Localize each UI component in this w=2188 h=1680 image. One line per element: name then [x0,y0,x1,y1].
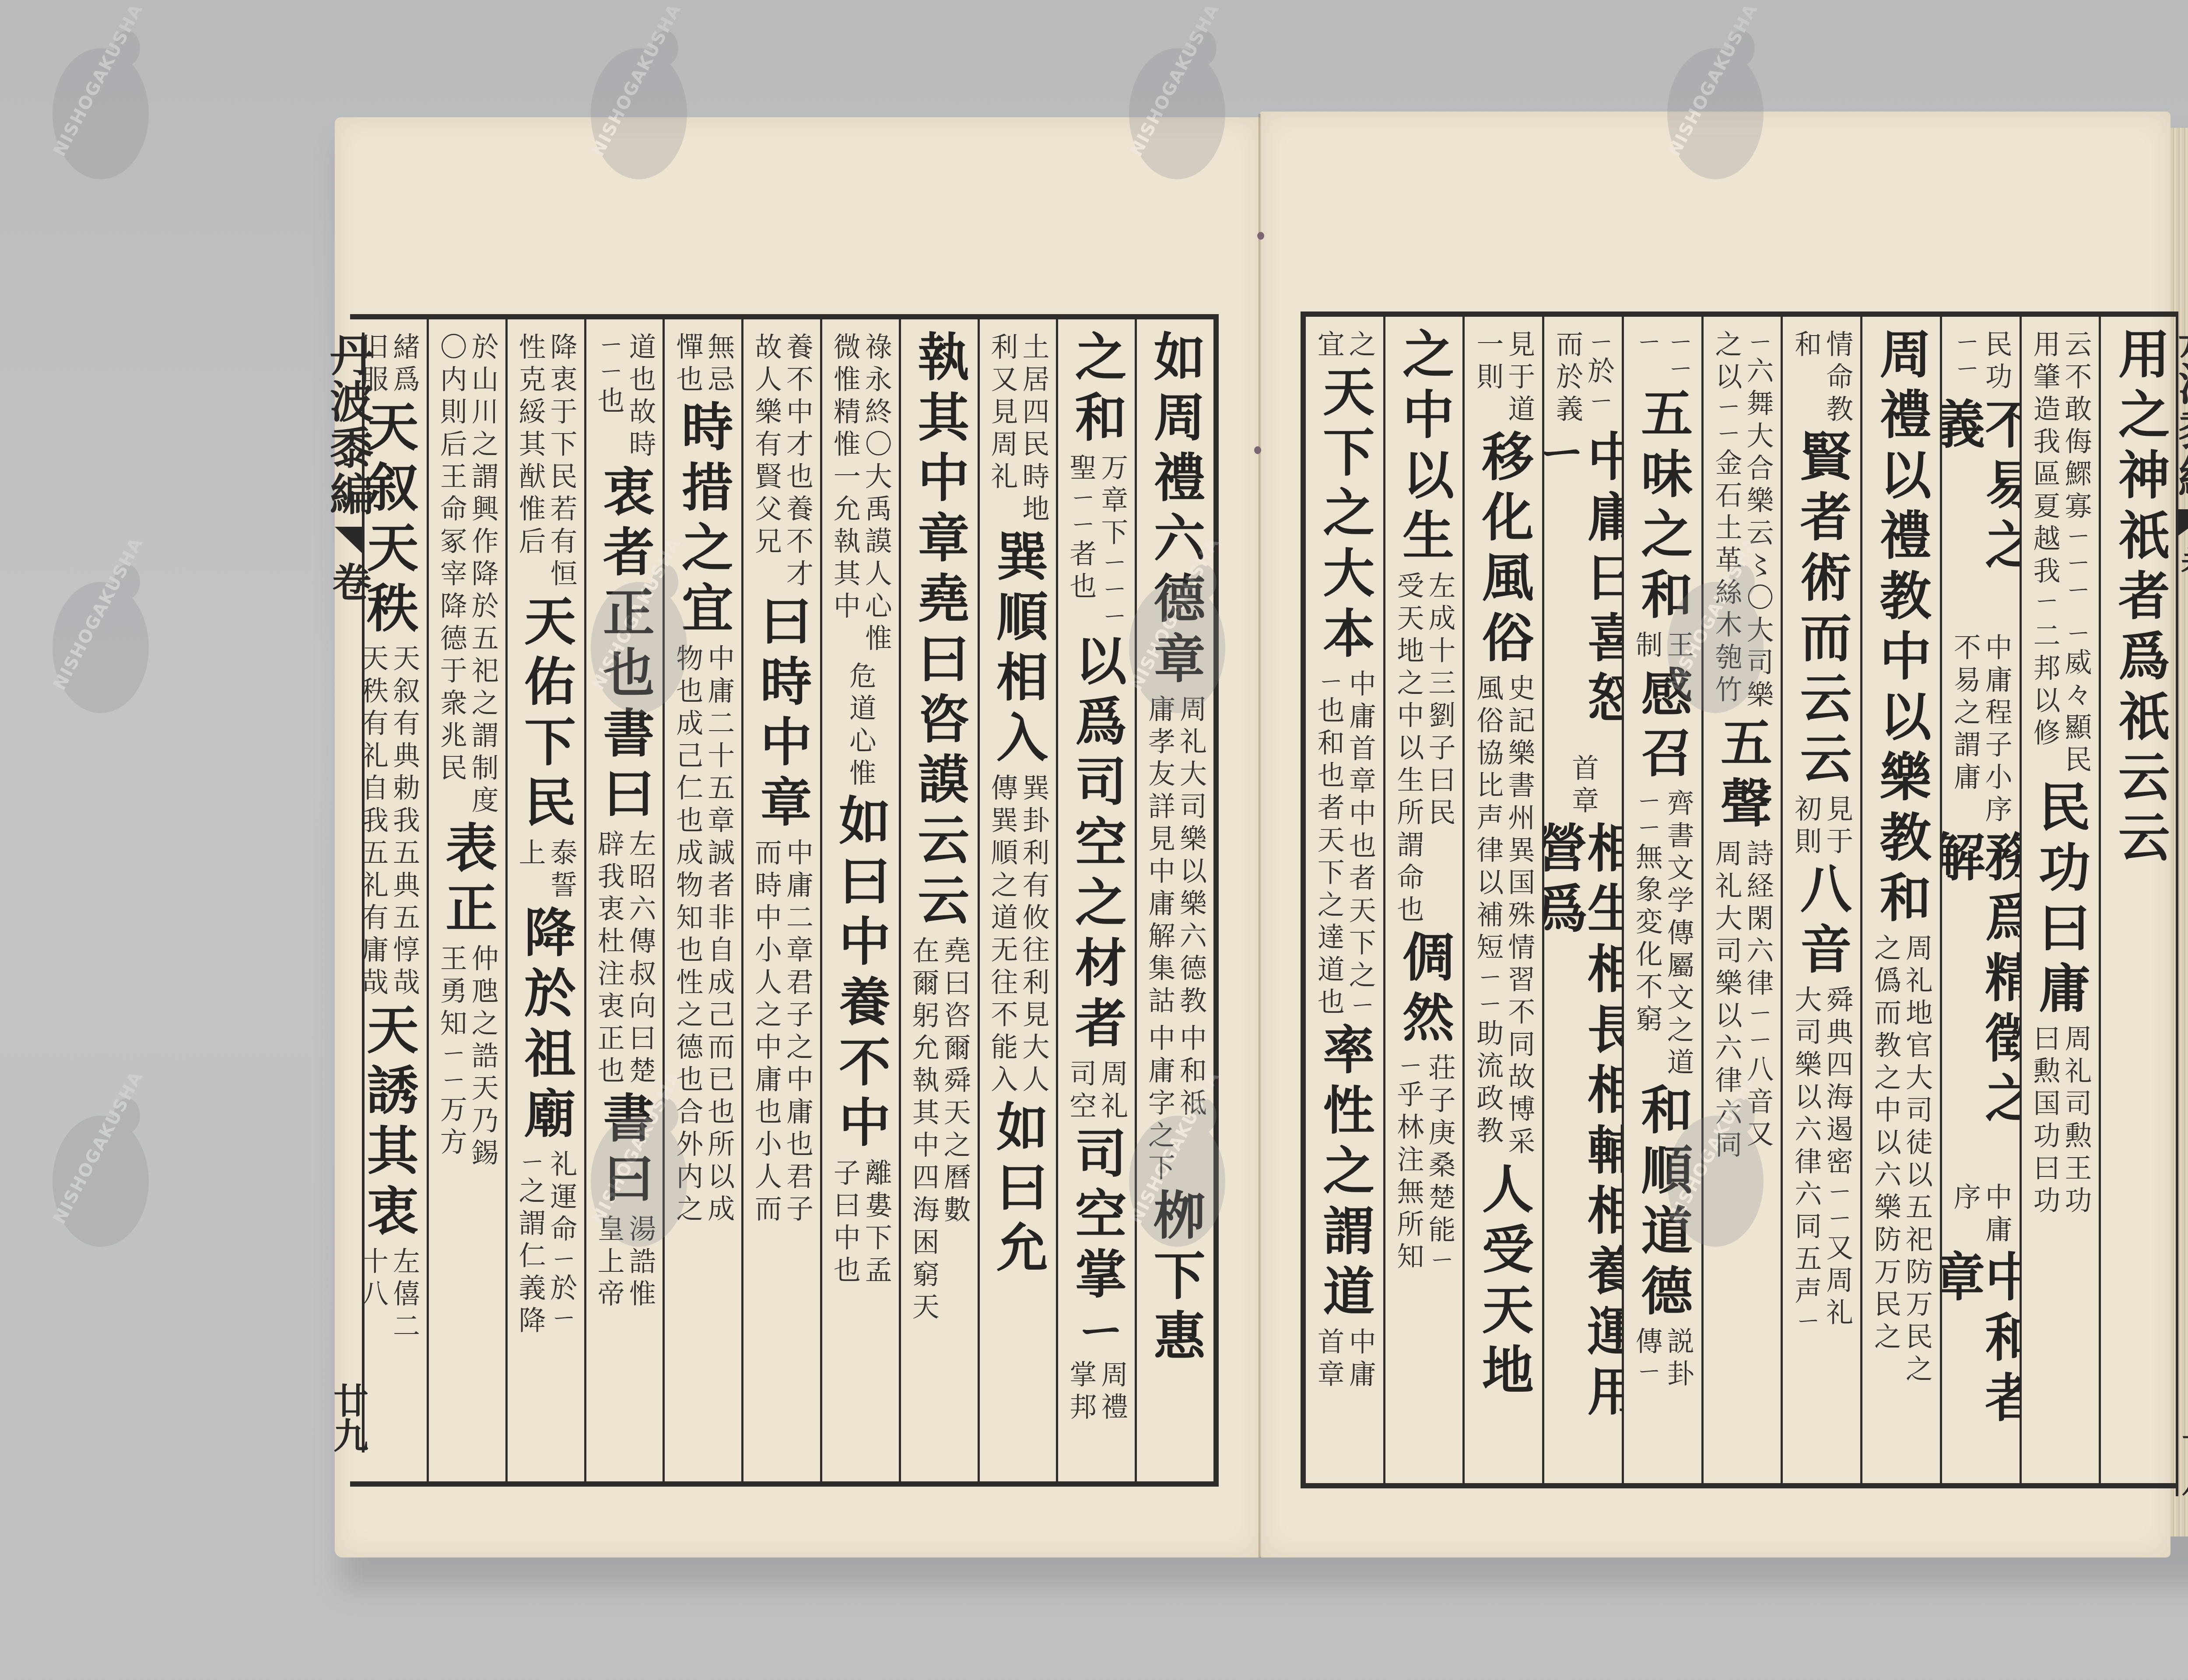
annotation-line: 旧服 [359,332,386,397]
annotation-line: 齊書文学傳屬文之道 [1665,789,1692,1080]
main-text: 天叙天秩 [362,400,414,641]
annotation-double-line: 堯曰咨爾舜天之曆數在爾躬允執其中四海困窮天 [910,936,968,1325]
watermark-logo-icon: NISHOGAKUSHA [26,551,162,726]
text-column: 土居四民時地利又見周礼巽順相入巽卦利有攸往利見大人傳巽順之道无往不能入如曰允 [978,319,1056,1481]
annotation-line: 天秩有礼自我五礼有庸哉 [359,644,386,1000]
annotation-double-line: 中庸首章中也者天下之ㄧㄧ也和也者天下之達道也 [1315,669,1374,1020]
annotation-line: 辟我衷杜注衷正也 [595,829,622,1088]
annotation-double-line: 中庸二章君子之中庸也君子而時中小人之中庸也小人而 [753,838,811,1227]
annotation-line: 受天地之中以生所謂命也 [1395,571,1422,927]
annotation-double-line: 舜典四海遏密ㄧㄧ又周礼大司樂以六律六同五声ㄧ [1792,985,1851,1336]
annotation-line: 周礼大司樂以樂六德教 [1178,695,1205,1018]
main-text: 不易之義 [1940,397,2020,630]
annotation-line: 情命教 [1824,330,1851,427]
main-text: 率性之謂道 [1318,1023,1370,1325]
annotation-line: 聖ㄧㄧ者也 [1067,453,1094,631]
annotation-double-line: 云不敢侮鰥寡ㄧㄧㄧ用肇造我區夏越我ㄧ [2031,330,2090,616]
annotation-line: ㄧㄧ [1665,330,1692,384]
text-column: 云不敢侮鰥寡ㄧㄧㄧ用肇造我區夏越我ㄧㄧ威々顯民二邦以修民功曰庸周礼司勲王功曰勲国… [2020,317,2099,1483]
main-text: 倜然 [1398,930,1450,1051]
annotation-line: 中庸首章中也者天下之ㄧ [1346,669,1374,1020]
text-column: ㄧㄧㄧ五味之和王制感召齊書文学傳屬文之道ㄧㄧ無象変化不窮和順道德説卦傳ㄧ [1622,317,1701,1483]
main-text: 中庸曰喜怒ㄧ [1542,430,1622,751]
annotation-line: 上 [516,838,543,903]
annotation-line: 十八 [359,1247,386,1344]
binding-thread-hole [1257,232,1264,240]
annotation-line: 左昭六傳叔向曰楚 [627,829,654,1088]
annotation-line: 而於義 [1553,330,1581,427]
annotation-double-line: 於山川之謂興作降於五祀之謂制度〇内則后王命冢宰降德于衆兆民 [438,332,496,818]
annotation-double-line: 左成十三劉子曰民受天地之中以生所謂命也 [1395,571,1453,927]
main-text: 周禮以禮教中以樂教和 [1875,327,1927,931]
annotation-line: 而時中小人之中庸也小人而 [753,838,780,1227]
text-column: 見于道一則移化風俗史記樂書州異国殊情習不同故博采風俗協比声律以補短ㄧㄧ助流政教人… [1462,317,1542,1483]
text-column: 祿永終〇大禹謨人心惟微惟精惟一允執其中危道心惟如曰中養不中離婁下孟子曰中也 [820,319,899,1481]
annotation-double-line: 離婁下孟子曰中也 [831,1158,890,1288]
annotation-line: 養不中才也養不才 [784,332,811,591]
annotation-double-line: 祿永終〇大禹謨人心惟微惟精惟一允執其中 [831,332,890,656]
main-text: 民功曰庸 [2034,780,2086,1022]
annotation-line: 土居四民時地 [1020,332,1047,527]
annotation-double-line: ㄧ威々顯民二邦以修 [2031,621,2090,778]
annotation-double-line: 仲虺之誥天乃錫王勇知ㄧㄧ万方 [438,944,496,1171]
main-text: 人受天地 [1478,1162,1529,1403]
annotation-double-line: 民功ㄧㄧ [1951,330,2010,395]
annotation-line: 於山川之謂興作降於五祀之謂制度 [469,332,496,818]
text-column: 於山川之謂興作降於五祀之謂制度〇内則后王命冢宰降德于衆兆民表正仲虺之誥天乃錫王勇… [427,319,505,1481]
annotation-line: 曰勲国功曰功 [2031,1024,2058,1218]
main-text: 表正 [441,821,493,941]
annotation-line: 史記樂書州異国殊情習不同故博采 [1506,674,1533,1159]
watermark-logo-icon: NISHOGAKUSHA [565,551,700,726]
text-column: 之宜天下之大本中庸首章中也者天下之ㄧㄧ也和也者天下之達道也率性之謂道中庸首章 [1306,317,1383,1483]
annotation-double-line: 道也故時ㄧㄧ也 [595,332,654,462]
annotation-line: ㄧ之謂仁義降 [516,1150,543,1339]
text-column: 執其中章堯曰咨謨云云堯曰咨爾舜天之曆數在爾躬允執其中四海困窮天 [899,319,978,1481]
text-column: ㄧ於ㄧ而於義中庸曰喜怒ㄧ首章相生相長相輔相養運用營爲 [1542,317,1622,1483]
annotation-line: 無忌 [705,332,733,397]
annotation-double-line: 緒爲旧服 [359,332,417,397]
annotation-line: 〇内則后王命冢宰降德于衆兆民 [438,332,465,818]
annotation-line: 性克綏其猷惟后 [516,332,543,591]
fish-tail-mark-icon [2178,509,2188,535]
annotation-line: 微惟精惟一允執其中 [831,332,858,656]
annotation-line: 庸孝友詳見中庸解集詁 [1146,695,1173,1018]
annotation-double-line: 説卦傳ㄧ [1633,1327,1692,1392]
annotation-line: 首章 [1569,754,1596,819]
annotation-line: 巽卦利有攸往利見大人 [1020,773,1047,1097]
annotation-line: 初則 [1792,794,1820,859]
annotation-line: 仲虺之誥天乃錫 [469,944,496,1171]
annotation-line: 用肇造我區夏越我ㄧ [2031,330,2058,616]
annotation-line: 不易之謂庸 [1951,633,1978,827]
annotation-double-line: 周禮掌邦 [1067,1360,1126,1425]
main-text: 執其中章 [913,330,965,571]
main-text: 曰時中章 [756,594,808,836]
main-text: 移化風俗 [1478,430,1529,671]
annotation-line: 傳巽順之道无往不能入 [989,773,1016,1097]
text-column: 情命教和賢者術而云云見于初則八音舜典四海遏密ㄧㄧ又周礼大司樂以六律六同五声ㄧ [1781,317,1860,1483]
main-text: 降於祖廟 [520,906,572,1147]
annotation-line: 大司樂以六律六同五声ㄧ [1792,985,1820,1336]
text-column: 緒爲旧服天叙天秩天叙有典勅我五典五惇哉天秩有礼自我五礼有庸哉天誘其衷左僖二十八 [350,319,427,1481]
annotation-double-line: 見于道一則 [1474,330,1533,427]
annotation-line: 泰誓 [548,838,575,903]
annotation-line: 見于 [1824,794,1851,859]
watermark-logo-icon: NISHOGAKUSHA [26,17,162,192]
annotation-double-line: 左昭六傳叔向曰楚辟我衷杜注衷正也 [595,829,654,1088]
text-column: 如周禮六德章周礼大司樂以樂六德教庸孝友詳見中庸解集詁中和祗中庸字之下栁下惠 [1135,319,1213,1481]
watermark-logo-icon: NISHOGAKUSHA [1103,17,1238,192]
annotation-line: 舜典四海遏密ㄧㄧ又周礼 [1824,985,1851,1336]
binding-thread-hole [1254,446,1261,454]
watermark-logo-icon: NISHOGAKUSHA [2179,17,2188,192]
annotation-double-line: 中庸程子小序不易之謂庸 [1951,633,2010,827]
annotation-double-line: 無忌憚也 [674,332,733,397]
annotation-line: 緒爲 [390,332,417,397]
annotation-line: 宜 [1315,330,1342,362]
main-text: 天佑下民 [520,594,572,836]
main-text: 天誘其衷 [362,1003,414,1244]
annotation-line: 離婁下孟 [863,1158,890,1288]
watermark-logo-icon: NISHOGAKUSHA [1103,551,1238,726]
main-text: 八音 [1796,862,1848,983]
annotation-line: 首章 [1315,1327,1342,1392]
watermark-logo-icon: NISHOGAKUSHA [565,17,700,192]
main-text: 如曰允 [992,1100,1044,1281]
watermark-logo-icon: NISHOGAKUSHA [1641,1085,1777,1260]
text-column: 養不中才也養不才故人樂有賢父兄曰時中章中庸二章君子之中庸也君子而時中小人之中庸也… [741,319,820,1481]
annotation-double-line: ㄧ於ㄧ而於義 [1553,330,1612,427]
annotation-double-line: 周礼大司樂以樂六德教庸孝友詳見中庸解集詁 [1146,695,1205,1018]
annotation-line: ㄧㄧ [1951,330,1978,395]
text-column: 之中以生左成十三劉子曰民受天地之中以生所謂命也倜然荘子庚桑楚能ㄧㄧ乎林注無所知 [1383,317,1463,1483]
annotation-line: 周礼司勲王功 [2062,1024,2090,1218]
annotation-line: 云不敢侮鰥寡ㄧㄧㄧ [2062,330,2090,616]
main-text: 賢者術而云云 [1796,430,1848,792]
text-column: 周禮以禮教中以樂教和周礼地官大司徒以五祀防万民之之僞而教之中以六樂防万民之 [1860,317,1940,1483]
annotation-double-line: 之宜 [1315,330,1374,362]
main-text: 天下之大本 [1318,365,1370,667]
annotation-line: 和 [1792,330,1820,427]
left-page-text-frame: 如周禮六德章周礼大司樂以樂六德教庸孝友詳見中庸解集詁中和祗中庸字之下栁下惠之和万… [350,314,1219,1487]
annotation-double-line: 危道心惟 [847,661,874,791]
main-text: 如曰中養不中 [835,794,886,1156]
annotation-line: ㄧㄧ也 [595,332,622,462]
annotation-line: 道也故時 [627,332,654,462]
text-column: 之和万章下ㄧㄧㄧ聖ㄧㄧ者也以爲司空之材者周礼司空司空掌ㄧ周禮掌邦 [1056,319,1135,1481]
annotation-line: ㄧ [1633,330,1660,384]
annotation-line: 見于道 [1506,330,1533,427]
annotation-line: 在爾躬允執其中四海困窮天 [910,936,937,1325]
annotation-line: 司空 [1067,1059,1094,1124]
annotation-line: ㄧ也和也者天下之達道也 [1315,669,1342,1020]
watermark-logo-icon: NISHOGAKUSHA [565,1085,700,1260]
annotation-double-line: 情命教和 [1792,330,1851,427]
annotation-line: 子曰中也 [831,1158,858,1288]
annotation-line: 祿永終〇大禹謨人心惟 [863,332,890,656]
annotation-line: ㄧ於ㄧ [1585,330,1612,427]
annotation-line: 堯曰咨爾舜天之曆數 [941,936,968,1325]
annotation-line: ㄧ威々顯民 [2062,621,2090,778]
annotation-double-line: 養不中才也養不才故人樂有賢父兄 [753,332,811,591]
main-text: 堯曰咨謨云云 [913,571,965,934]
annotation-line: 左僖二 [390,1247,417,1344]
main-text: 五聲 [1716,716,1768,836]
annotation-line: 左成十三劉子曰民 [1426,571,1453,927]
annotation-double-line: 史記樂書州異国殊情習不同故博采風俗協比声律以補短ㄧㄧ助流政教 [1474,674,1533,1159]
main-text: 中和者章 [1940,1250,2020,1483]
annotation-line: 説卦 [1665,1327,1692,1392]
text-column: 道也故時ㄧㄧ也衷者正也書曰左昭六傳叔向曰楚辟我衷杜注衷正也書曰湯誥惟皇上帝 [584,319,663,1481]
annotation-line: 二邦以修 [2031,621,2058,778]
annotation-line: 序 [1951,1183,1978,1247]
annotation-double-line: 左僖二十八 [359,1247,417,1344]
main-text: 務爲精徵之解 [1940,830,2020,1180]
annotation-line: 中庸 [1983,1183,2010,1247]
main-text: 用之神祇者爲祇云云 [2114,327,2166,871]
annotation-line: 利又見周礼 [989,332,1016,527]
main-text: 之中以生 [1398,327,1450,569]
annotation-double-line: 天叙有典勅我五典五惇哉天秩有礼自我五礼有庸哉 [359,644,417,1000]
annotation-line: 天叙有典勅我五典五惇哉 [390,644,417,1000]
annotation-line: 之僞而教之中以六樂防万民之 [1872,934,1899,1387]
annotation-line: 故人樂有賢父兄 [753,332,780,591]
annotation-line: 之 [1346,330,1374,362]
main-text: 巽順相入 [992,529,1044,771]
annotation-double-line: 中庸序 [1951,1183,2010,1247]
annotation-line: 掌邦 [1067,1360,1094,1425]
annotation-double-line: 首章 [1569,754,1596,819]
watermark-logo-icon: NISHOGAKUSHA [1641,551,1777,726]
book-gutter [1259,114,1261,1557]
text-column: 無忌憚也時措之宜中庸二十五章誠者非自成己而已也所以成物也成己仁也成物知也性之德也… [663,319,741,1481]
annotation-line: 中庸 [1346,1327,1374,1392]
annotation-line: 王勇知ㄧㄧ万方 [438,944,465,1171]
watermark-logo-icon: NISHOGAKUSHA [2179,551,2188,726]
watermark-logo-icon: NISHOGAKUSHA [2179,1085,2188,1260]
watermark-logo-icon: NISHOGAKUSHA [1103,1085,1238,1260]
annotation-line: 周礼地官大司徒以五祀防万民之 [1903,934,1930,1387]
annotation-line: 中庸二章君子之中庸也君子 [784,838,811,1227]
annotation-double-line: 齊書文学傳屬文之道ㄧㄧ無象変化不窮 [1633,789,1692,1080]
annotation-line: 荘子庚桑楚能ㄧ [1426,1053,1453,1275]
watermark-logo-icon: NISHOGAKUSHA [1641,17,1777,192]
text-column: 民功ㄧㄧ不易之義中庸程子小序不易之謂庸務爲精徵之解中庸序中和者章 [1940,317,2020,1483]
annotation-double-line: 周礼地官大司徒以五祀防万民之之僞而教之中以六樂防万民之 [1872,934,1930,1387]
annotation-line: 一則 [1474,330,1501,427]
text-column: 用之神祇者爲祇云云 [2099,317,2178,1483]
annotation-double-line: 見于初則 [1792,794,1851,859]
watermark-logo-icon: NISHOGAKUSHA [26,1085,162,1260]
main-text: 之和 [1071,330,1122,451]
annotation-line: 中庸二十五章誠者非自成己而已也所以成 [705,644,733,1227]
annotation-double-line: 泰誓上 [516,838,575,903]
annotation-double-line: 土居四民時地利又見周礼 [989,332,1047,527]
annotation-double-line: 中庸首章 [1315,1327,1374,1392]
annotation-line: 周禮 [1099,1360,1126,1425]
annotation-line: 傳ㄧ [1633,1327,1660,1392]
annotation-line: 民功 [1983,330,2010,395]
annotation-double-line: 周礼司勲王功曰勲国功曰功 [2031,1024,2090,1218]
annotation-line: 危道心惟 [847,661,874,791]
text-column: ㄧ六舞大合樂云〻〇大司樂之以ㄧㄧ金石土革絲木匏竹五聲詩経閑六律ㄧㄧ八音又周礼大司… [1701,317,1781,1483]
annotation-double-line: ㄧㄧㄧ [1633,330,1692,384]
text-column: 降衷于下民若有恒性克綏其猷惟后天佑下民泰誓上降於祖廟礼運命ㄧ於ㄧㄧ之謂仁義降 [505,319,584,1481]
main-text: 相生相長相輔相養運用營爲 [1542,821,1622,1483]
annotation-line: 憚也 [674,332,701,397]
annotation-double-line: 巽卦利有攸往利見大人傳巽順之道无往不能入 [989,773,1047,1097]
annotation-line: 風俗協比声律以補短ㄧㄧ助流政教 [1474,674,1501,1159]
annotation-double-line: 荘子庚桑楚能ㄧㄧ乎林注無所知 [1395,1053,1453,1275]
annotation-line: ㄧㄧ無象変化不窮 [1633,789,1660,1080]
annotation-line: 中庸程子小序 [1983,633,2010,827]
annotation-line: ㄧ乎林注無所知 [1395,1053,1422,1275]
right-page-text-frame: 用之神祇者爲祇云云云不敢侮鰥寡ㄧㄧㄧ用肇造我區夏越我ㄧㄧ威々顯民二邦以修民功曰庸… [1301,311,2178,1488]
